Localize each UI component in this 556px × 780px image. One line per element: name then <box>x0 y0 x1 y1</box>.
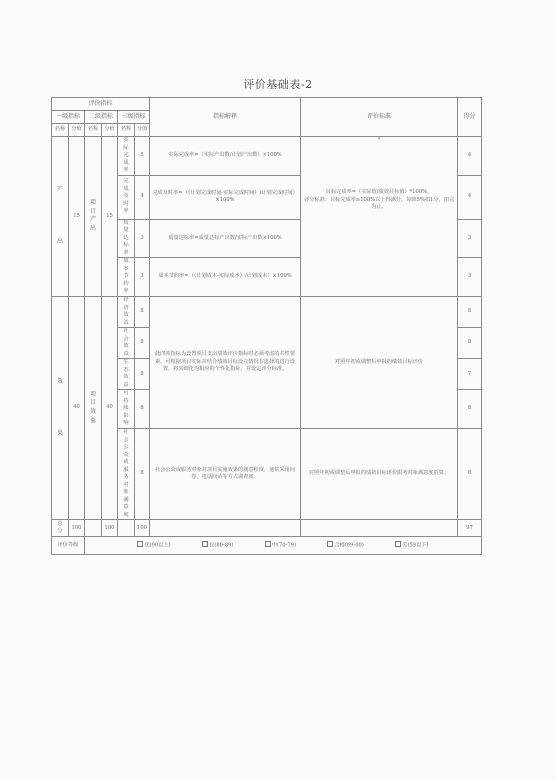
level3-value: 5 <box>135 137 150 176</box>
score-cell: 8 <box>458 296 482 327</box>
level1-name-output: 产出 <box>52 137 69 297</box>
indicator-explanation: 社会公众或服务对象对项目实施效果的满意程度，通常采用问卷、电话回访等方式调查度。 <box>150 429 301 520</box>
checkbox-icon[interactable] <box>327 541 333 547</box>
header-value: 分值 <box>102 124 118 137</box>
evaluation-table: 评价指标 指标解释 评价标准 得分 一级指标 二级指标 三级指标 名称 分值 名… <box>51 97 482 555</box>
grade-option-average[interactable]: 中(70-79) <box>265 541 296 550</box>
level3-value: 3 <box>135 219 150 258</box>
header-row-1: 评价指标 指标解释 评价标准 得分 <box>52 98 482 111</box>
total-score: 97 <box>458 520 482 537</box>
page-title: 评价基础表-2 <box>0 76 556 92</box>
header-name: 名称 <box>118 124 135 137</box>
level3-name: 社会公众或服务对象满意度 <box>118 429 135 520</box>
score-cell: 3 <box>458 219 482 258</box>
grade-label: 评价等级 <box>52 537 85 555</box>
level3-name: 生态效益 <box>118 359 135 390</box>
level3-name: 实际完成率 <box>118 137 135 176</box>
header-standard: 评价标准 <box>301 98 458 137</box>
total-standard <box>301 520 458 537</box>
total-level3-name <box>118 520 135 537</box>
standard-mark: * <box>302 137 456 189</box>
level3-value: 4 <box>135 175 150 219</box>
header-group-label: 评价指标 <box>52 98 150 111</box>
grade-option-pass[interactable]: 合格(69-60) <box>327 541 363 550</box>
header-score: 得分 <box>458 98 482 137</box>
indicator-explanation: 完成及时率=（（计划完成时间-实际完成时间）/计划完成时间）×100% <box>150 175 301 219</box>
total-level2-name <box>85 520 102 537</box>
level3-value: 8 <box>135 429 150 520</box>
total-level1-value: 100 <box>69 520 85 537</box>
header-value: 分值 <box>69 124 85 137</box>
level3-value: 3 <box>135 258 150 297</box>
grade-option-good[interactable]: 良(80-89) <box>202 541 233 550</box>
level2-value-output: 15 <box>102 137 118 297</box>
checkbox-icon[interactable] <box>265 541 271 547</box>
indicator-explanation-group: 此四项指标为设置项目支出绩效评价指标时必须考虑的共性要素，可根据项目实际并结合绩… <box>150 296 301 428</box>
table-row: 效果 40 项目效益 40 经济效益 8 此四项指标为设置项目支出绩效评价指标时… <box>52 296 482 327</box>
level2-name-effect: 项目效益 <box>85 296 102 519</box>
checkbox-icon[interactable] <box>202 541 208 547</box>
level3-value: 8 <box>135 328 150 359</box>
standard-text: 目标完成率=（实际值/绩效目标值）*100%， 评分标准：目标完成率≥100%以… <box>302 189 456 212</box>
level2-value-effect: 40 <box>102 296 118 519</box>
header-value: 分值 <box>135 124 150 137</box>
score-cell: 3 <box>458 258 482 297</box>
level3-name: 经济效益 <box>118 296 135 327</box>
score-cell: 4 <box>458 137 482 176</box>
total-label: 总分 <box>52 520 69 537</box>
header-level1: 一级指标 <box>52 111 85 124</box>
evaluation-standard-effect: 对照年初或调整后申报的绩效目标评价 <box>301 296 458 428</box>
level3-name: 完成及时率 <box>118 175 135 219</box>
grade-option-excellent[interactable]: 优(90以上) <box>137 541 170 550</box>
level3-name: 质量达标率 <box>118 219 135 258</box>
checkbox-icon[interactable] <box>137 541 143 547</box>
grade-options: 优(90以上) 良(80-89) 中(70-79) 合格(69-60) 差(59… <box>85 537 482 555</box>
score-cell: 8 <box>458 328 482 359</box>
table-row: 产出 15 项目产出 15 实际完成率 5 实际完成率=（实际产出数/计划产出数… <box>52 137 482 176</box>
score-cell: 8 <box>458 390 482 429</box>
level3-value: 8 <box>135 359 150 390</box>
evaluation-standard-output: * 目标完成率=（实际值/绩效目标值）*100%， 评分标准：目标完成率≥100… <box>301 137 458 297</box>
grade-row: 评价等级 优(90以上) 良(80-89) 中(70-79) 合格(69-60)… <box>52 537 482 555</box>
total-explanation <box>150 520 301 537</box>
evaluation-standard-satisfaction: 对照年初或调整后申报的绩效目标评价服务对象满意度折算。 <box>301 429 458 520</box>
score-cell: 4 <box>458 175 482 219</box>
level1-name-effect: 效果 <box>52 296 69 519</box>
total-level2-value: 100 <box>102 520 118 537</box>
level1-value-effect: 40 <box>69 296 85 519</box>
indicator-explanation: 成本节约率=（（计划成本-实际成本）/计划成本）×100% <box>150 258 301 297</box>
header-name: 名称 <box>85 124 102 137</box>
header-level3: 三级指标 <box>118 111 150 124</box>
score-cell: 7 <box>458 359 482 390</box>
header-name: 名称 <box>52 124 69 137</box>
checkbox-icon[interactable] <box>395 541 401 547</box>
indicator-explanation: 实际完成率=（实际产出数/计划产出数）×100% <box>150 137 301 176</box>
level3-name: 社会效益 <box>118 328 135 359</box>
level3-value: 8 <box>135 390 150 429</box>
level3-value: 8 <box>135 296 150 327</box>
level2-name-output: 项目产出 <box>85 137 102 297</box>
level1-value-output: 15 <box>69 137 85 297</box>
score-cell: 8 <box>458 429 482 520</box>
total-row: 总分 100 100 100 97 <box>52 520 482 537</box>
header-explanation: 指标解释 <box>150 98 301 137</box>
grade-option-poor[interactable]: 差(59以下) <box>395 541 428 550</box>
level3-name: 可持续影响 <box>118 390 135 429</box>
total-level3-value: 100 <box>135 520 150 537</box>
indicator-explanation: 质量达标率=质量达标产出数/实际产出数×100% <box>150 219 301 258</box>
header-level2: 二级指标 <box>85 111 118 124</box>
level3-name: 成本节约率 <box>118 258 135 297</box>
